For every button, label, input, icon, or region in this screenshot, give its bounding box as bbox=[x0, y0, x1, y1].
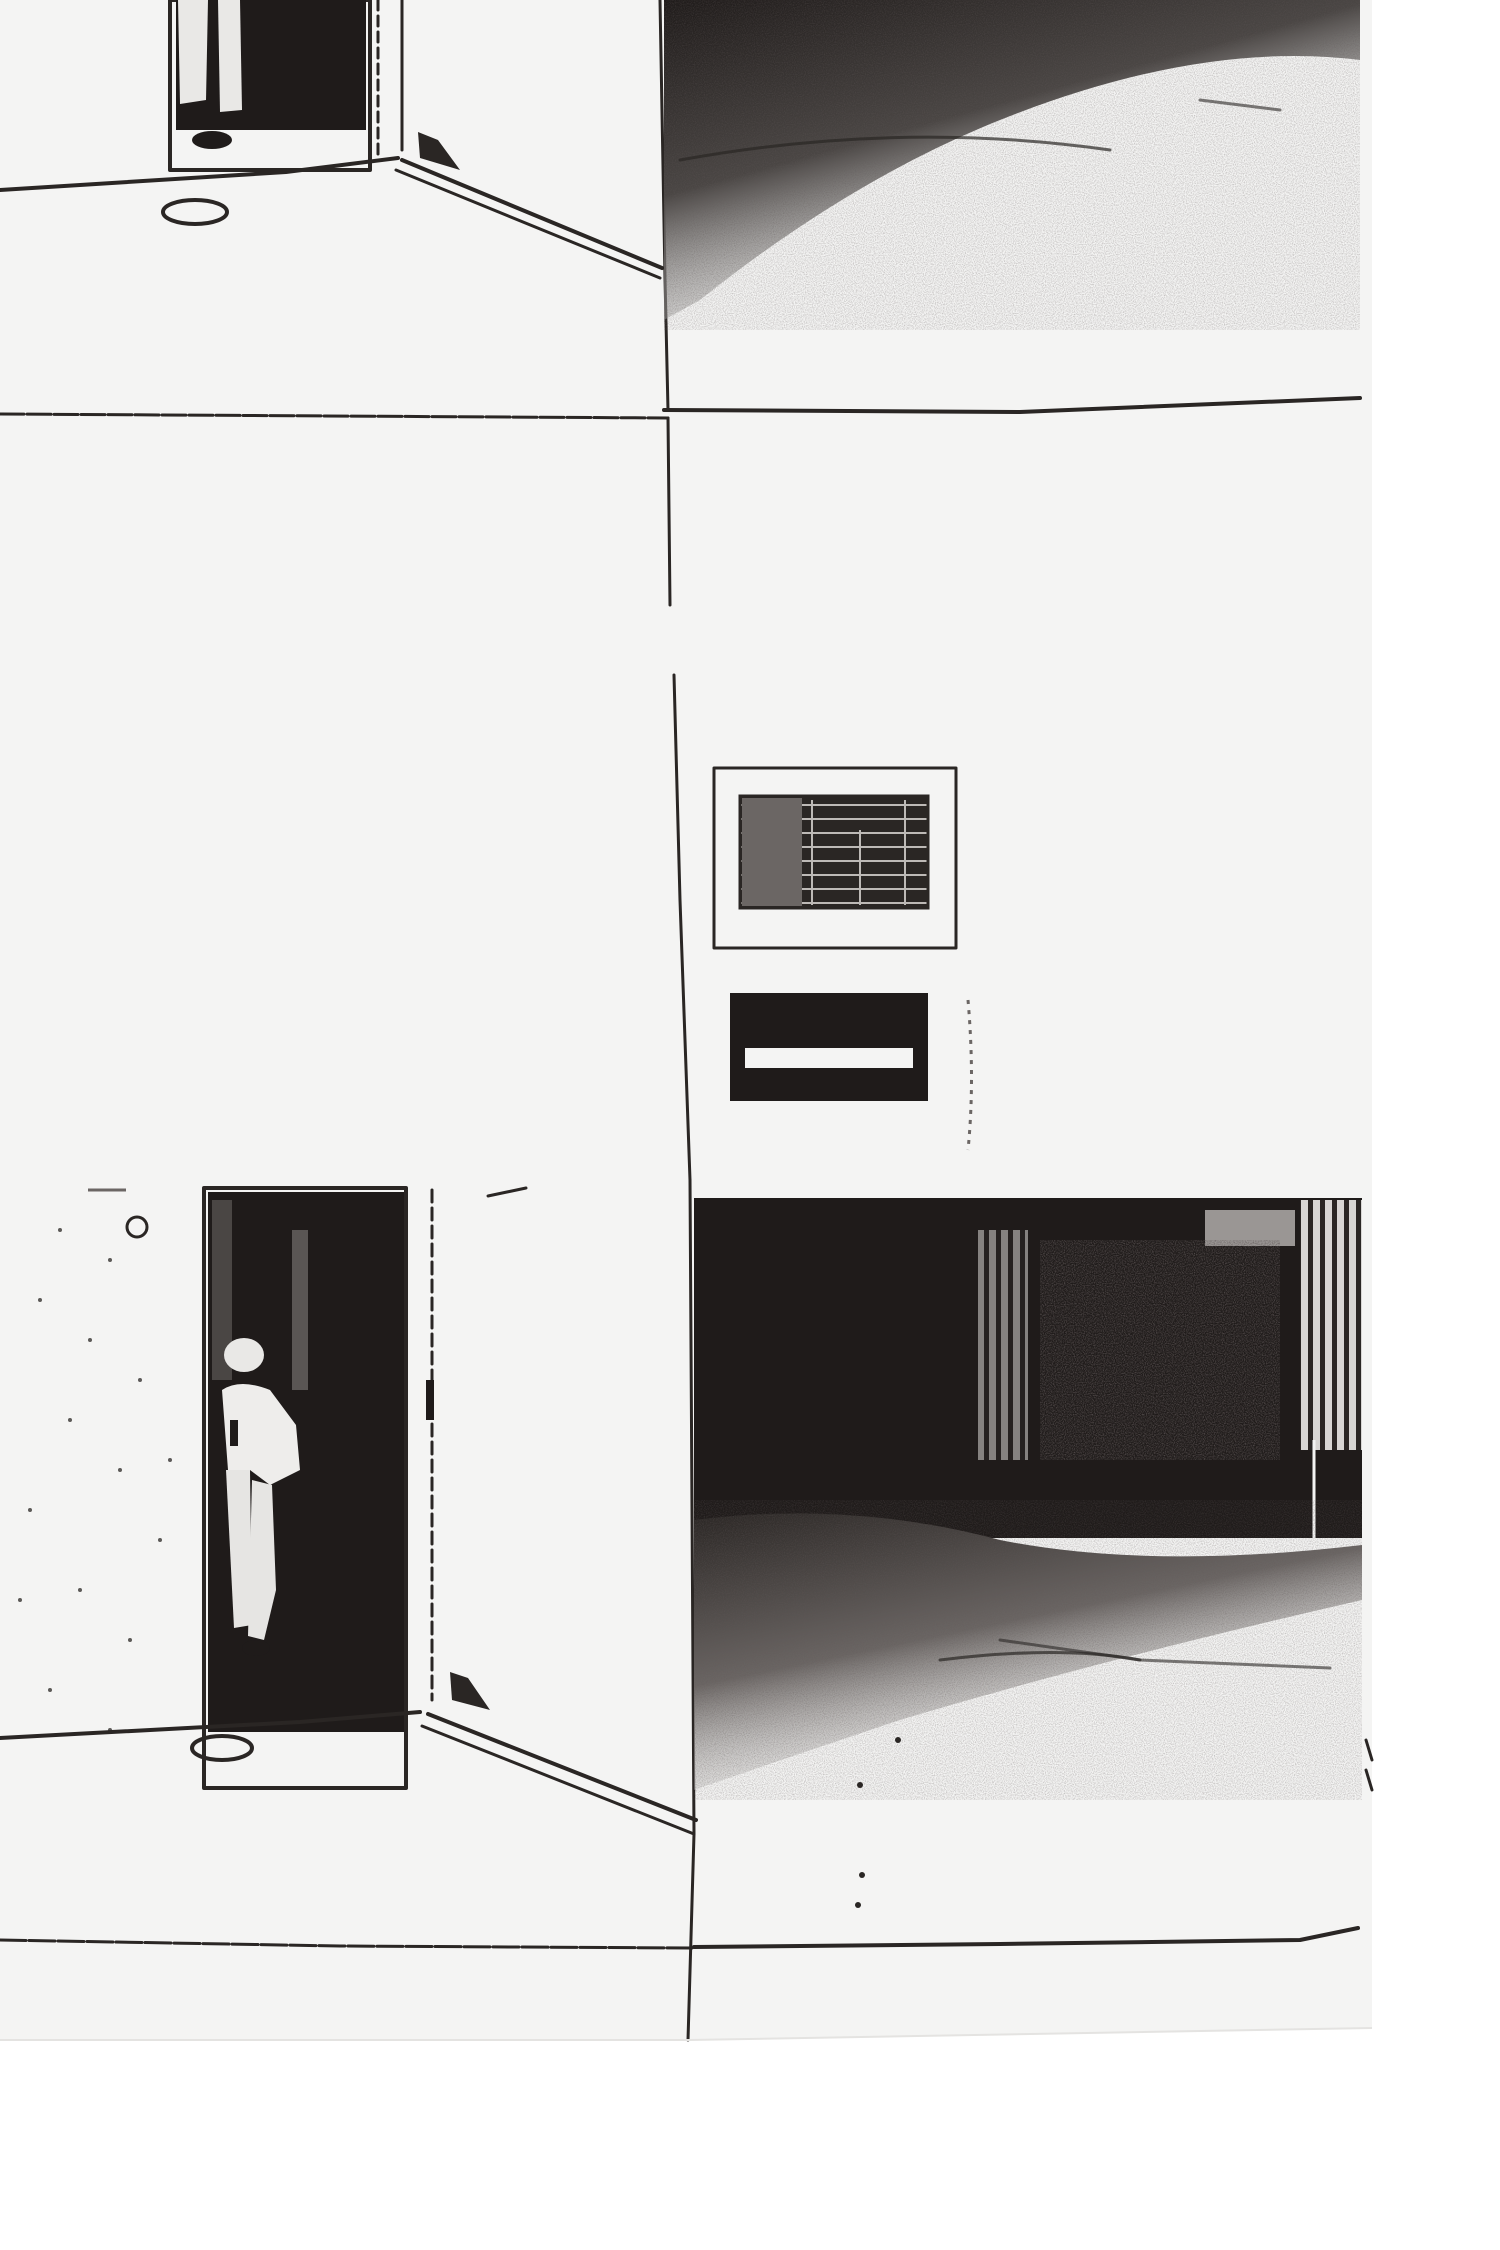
middle-left-wall bbox=[668, 418, 670, 605]
letter-slot-icon bbox=[730, 993, 928, 1101]
fabric-print-scene bbox=[0, 0, 1500, 2250]
